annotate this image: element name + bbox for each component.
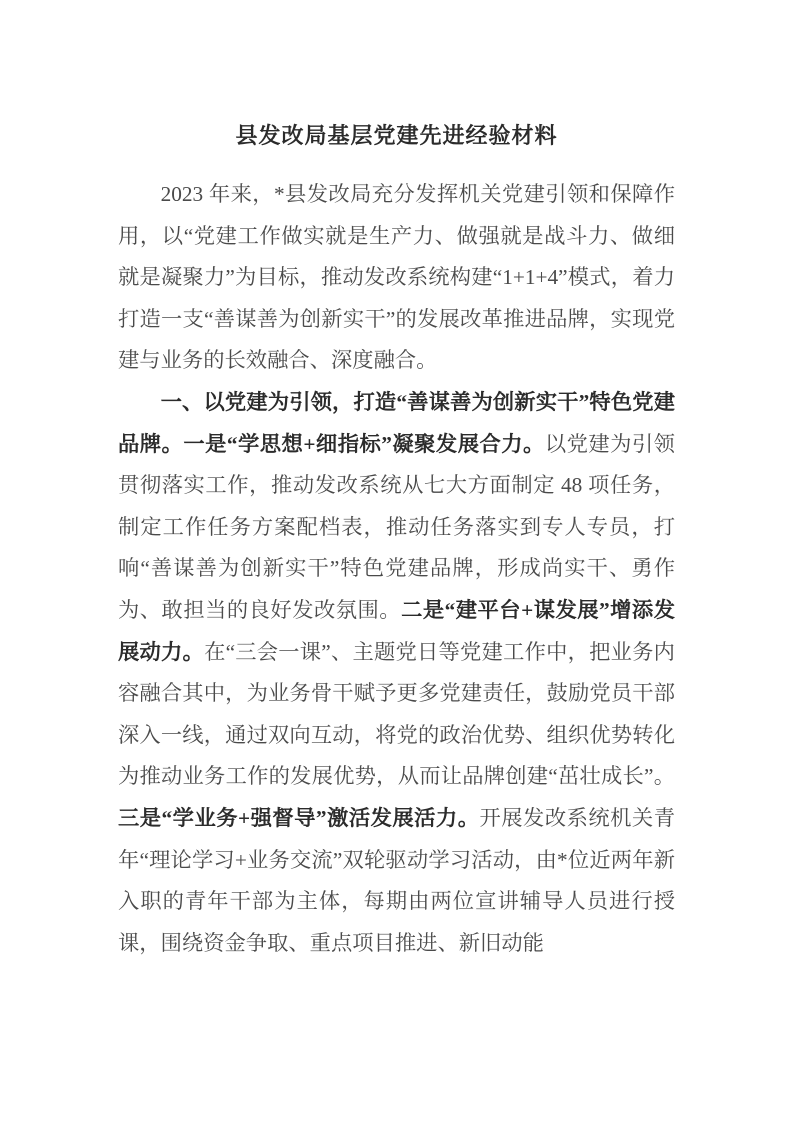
text-run: 以党建为引领贯彻落实工作，推动发改系统从七大方面制定 48 项任务，制定工作任务… [118, 432, 675, 622]
text-run: 2023 年来，*县发改局充分发挥机关党建引领和保障作用，以“党建工作做实就是生… [118, 182, 675, 372]
document-page: 县发改局基层党建先进经验材料 2023 年来，*县发改局充分发挥机关党建引领和保… [0, 0, 793, 1122]
paragraph: 2023 年来，*县发改局充分发挥机关党建引领和保障作用，以“党建工作做实就是生… [118, 174, 675, 382]
paragraph: 一、以党建为引领，打造“善谋善为创新实干”特色党建品牌。一是“学思想+细指标”凝… [118, 382, 675, 964]
bold-text-run: 三是“学业务+强督导”激活发展活力。 [118, 806, 480, 830]
document-body: 2023 年来，*县发改局充分发挥机关党建引领和保障作用，以“党建工作做实就是生… [118, 174, 675, 964]
document-content: 县发改局基层党建先进经验材料 2023 年来，*县发改局充分发挥机关党建引领和保… [0, 0, 793, 964]
document-title: 县发改局基层党建先进经验材料 [118, 114, 675, 158]
